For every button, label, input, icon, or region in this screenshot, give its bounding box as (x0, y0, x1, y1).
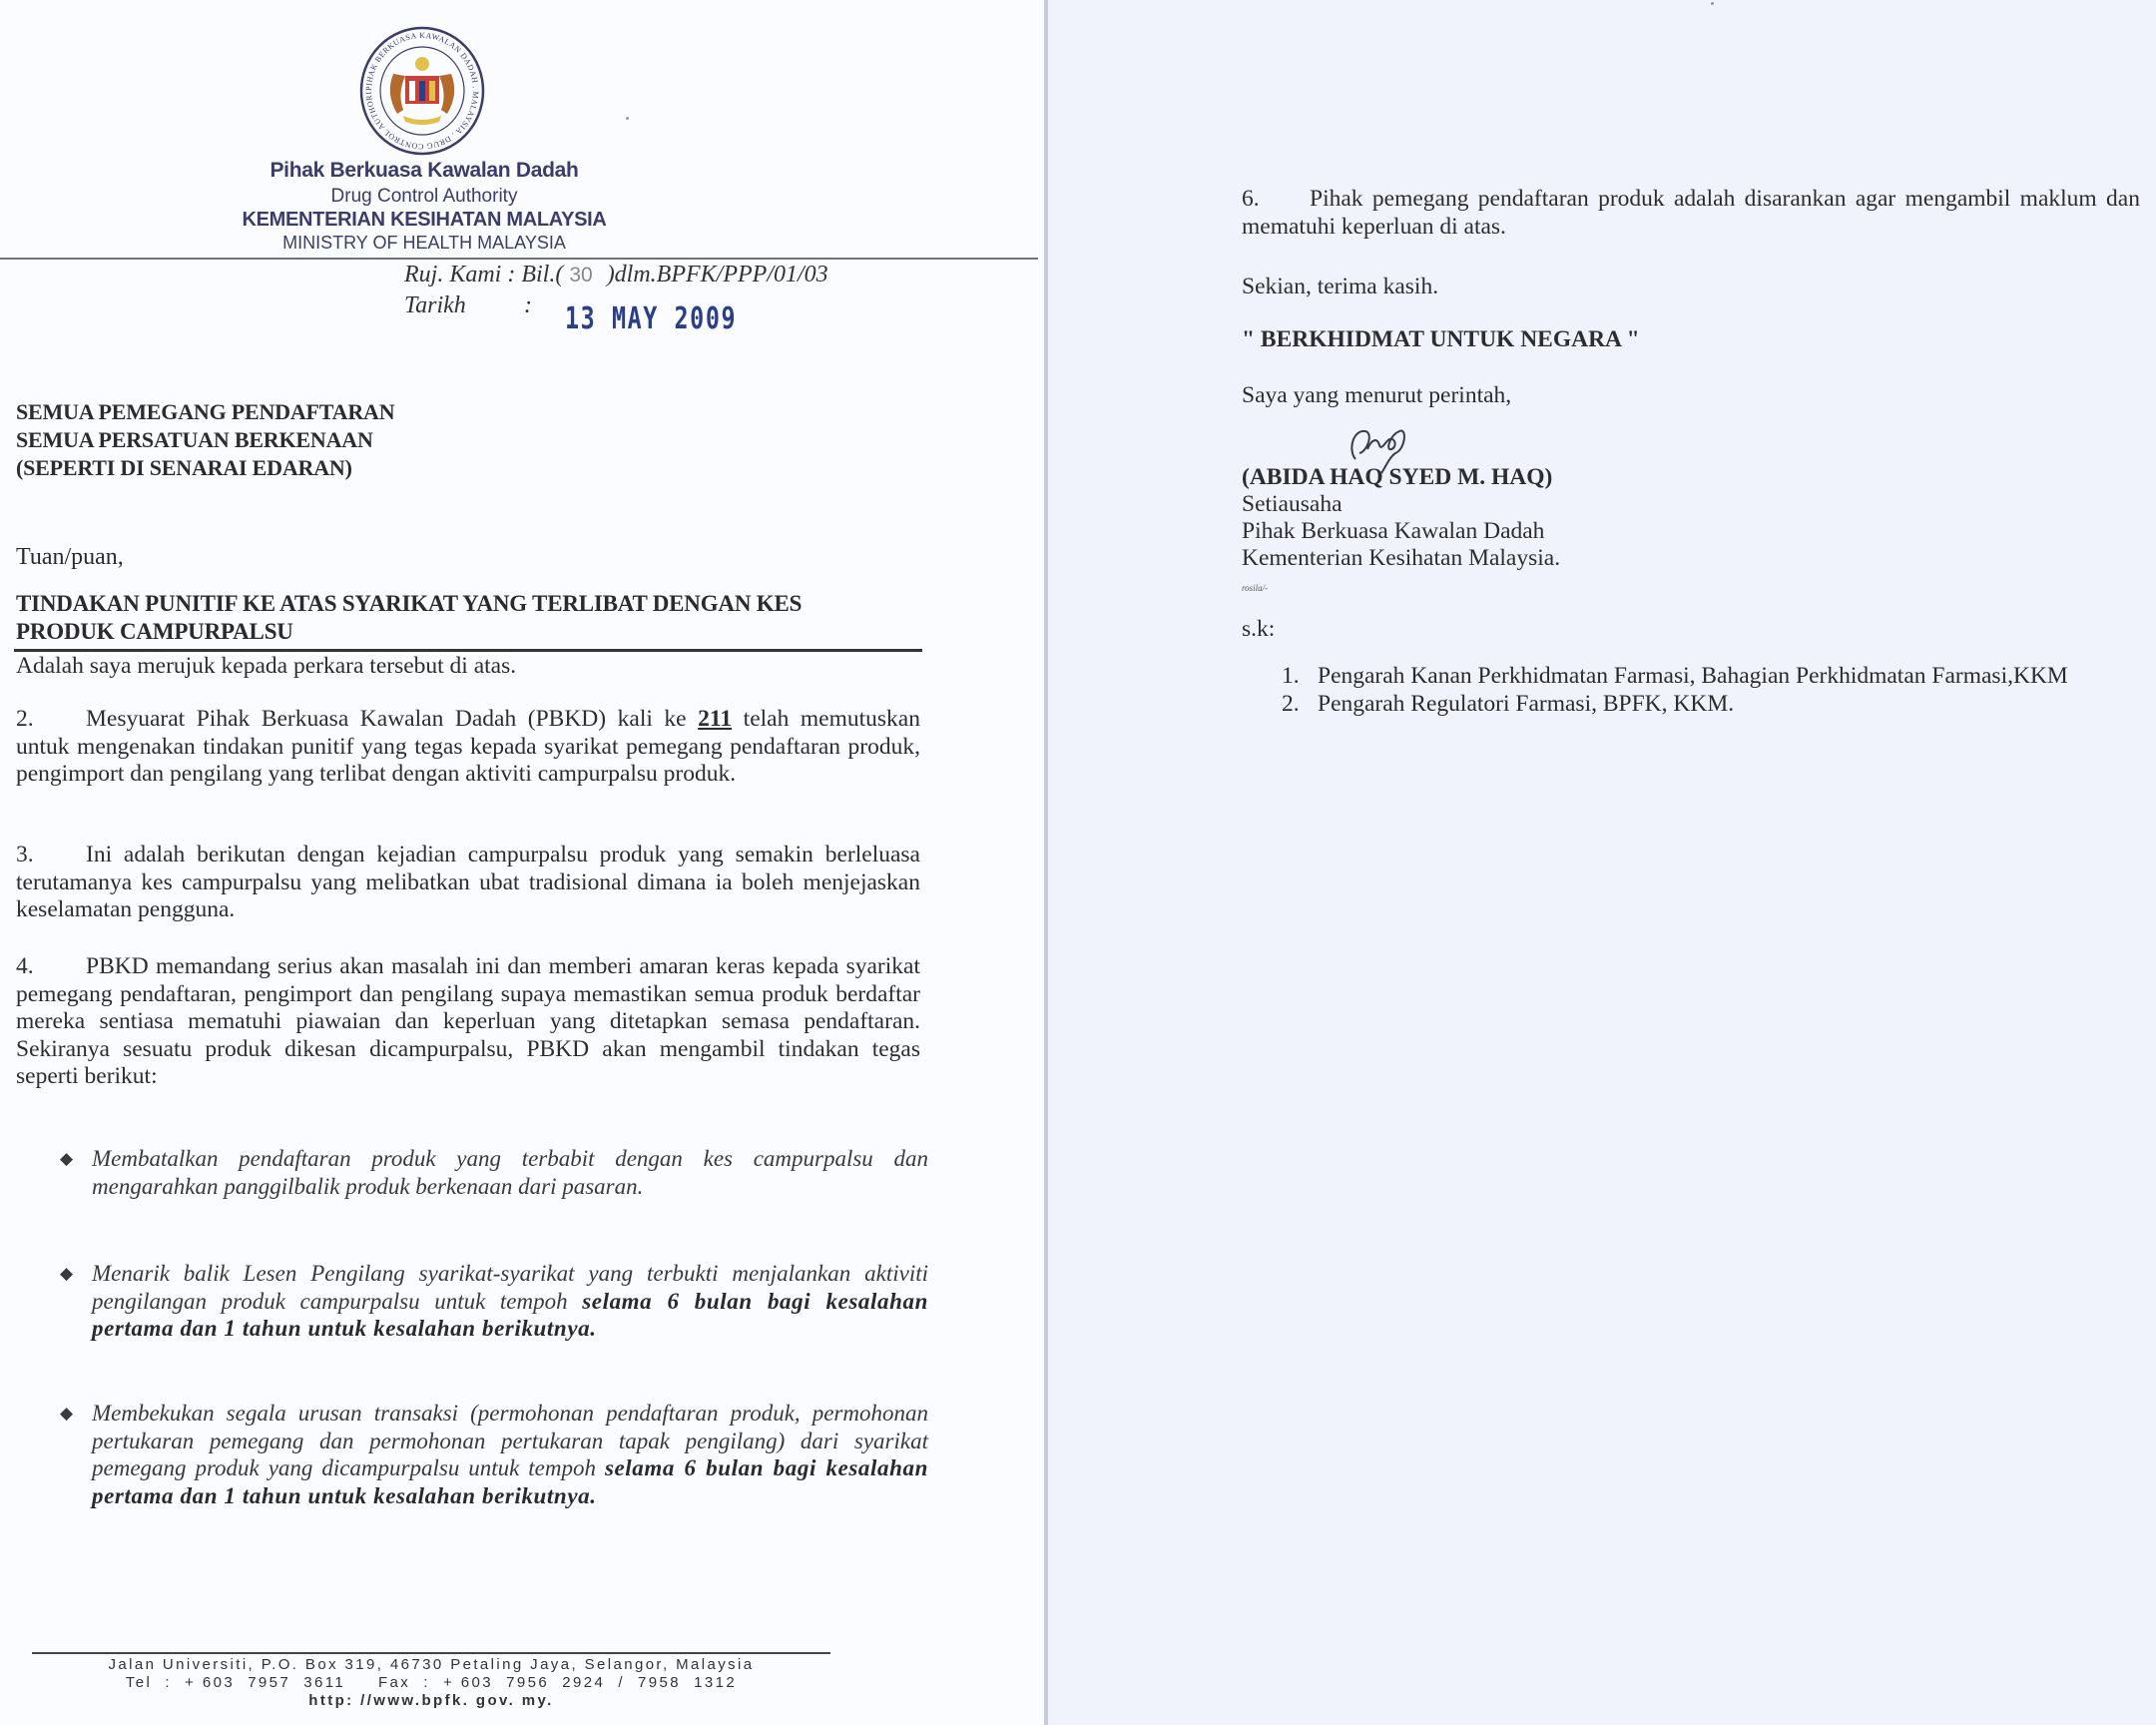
letter-page-1: PIHAK BERKUASA KAWALAN DADAH . MALAYSIA … (0, 0, 1044, 1725)
typist-initials: rosila/- (1242, 575, 1268, 603)
paragraph-text: Mesyuarat Pihak Berkuasa Kawalan Dadah (… (86, 706, 698, 732)
motto-text: " BERKHIDMAT UNTUK NEGARA " (1242, 326, 1640, 352)
footer-divider (32, 1652, 830, 1654)
action-bullet-1: ◆Membatalkan pendaftaran produk yang ter… (60, 1145, 928, 1200)
cc-label: s.k: (1242, 616, 1275, 644)
ref-handwritten-number: 30 (563, 264, 606, 287)
closing-line: Sekian, terima kasih. (1242, 274, 1438, 301)
scan-speck (626, 117, 629, 120)
action-bullet-3: ◆Membekukan segala urusan transaksi (per… (60, 1400, 928, 1509)
footer-website[interactable]: http: //www.bpfk. gov. my. (32, 1692, 830, 1709)
paragraph-number: 2. (16, 706, 86, 734)
cc-item: 1.Pengarah Kanan Perkhidmatan Farmasi, B… (1282, 663, 2140, 691)
subject-line-2: PRODUK CAMPURPALSU (16, 619, 293, 645)
signatory-title: Setiausaha (1242, 491, 1343, 519)
paragraph-4: 4.PBKD memandang serius akan masalah ini… (16, 953, 920, 1091)
handwritten-signature-icon (1346, 419, 1415, 474)
motto: " BERKHIDMAT UNTUK NEGARA " (1242, 326, 1640, 354)
subject-line-1: TINDAKAN PUNITIF KE ATAS SYARIKAT YANG T… (16, 591, 802, 617)
footer-contact: Tel : + 603 7957 3611 Fax : + 603 7956 2… (32, 1674, 830, 1691)
ministry-name-malay: KEMENTERIAN KESIHATAN MALAYSIA (180, 209, 669, 232)
action-bullet-2: ◆Menarik balik Lesen Pengilang syarikat-… (60, 1260, 928, 1343)
ministry-name-english: MINISTRY OF HEALTH MALAYSIA (180, 233, 669, 254)
date-label: Tarikh (404, 292, 466, 319)
addressee-line: SEMUA PEMEGANG PENDAFTARAN (16, 399, 394, 425)
cc-item-number: 1. (1282, 663, 1300, 691)
subject-underline (14, 649, 922, 652)
cc-item-number: 2. (1282, 691, 1300, 719)
org-name-malay: Pihak Berkuasa Kawalan Dadah (180, 159, 669, 183)
date-colon: : (524, 292, 532, 319)
org-name-english: Drug Control Authority (180, 186, 669, 208)
paragraph-text: Pihak pemegang pendaftaran produk adalah… (1242, 186, 2140, 240)
signatory-ministry: Kementerian Kesihatan Malaysia. (1242, 545, 1560, 573)
intro-paragraph: Adalah saya merujuk kepada perkara terse… (16, 653, 920, 681)
ref-suffix: )dlm.BPFK/PPP/01/03 (607, 262, 828, 287)
paragraph-2: 2.Mesyuarat Pihak Berkuasa Kawalan Dadah… (16, 706, 920, 789)
paragraph-number: 4. (16, 953, 86, 981)
diamond-bullet-icon: ◆ (60, 1145, 73, 1173)
paragraph-3: 3.Ini adalah berikutan dengan kejadian c… (16, 842, 920, 924)
cc-list: 1.Pengarah Kanan Perkhidmatan Farmasi, B… (1242, 663, 2140, 718)
footer-address: Jalan Universiti, P.O. Box 319, 46730 Pe… (32, 1656, 830, 1673)
ref-prefix: Ruj. Kami : Bil.( (404, 262, 563, 287)
salutation: Tuan/puan, (16, 544, 124, 571)
sign-off: Saya yang menurut perintah, (1242, 382, 1511, 410)
paragraph-text: PBKD memandang serius akan masalah ini d… (16, 953, 920, 1089)
cc-item-text: Pengarah Regulatori Farmasi, BPFK, KKM. (1318, 691, 1734, 717)
addressee-line: (SEPERTI DI SENARAI EDARAN) (16, 455, 352, 481)
paragraph-text: Ini adalah berikutan dengan kejadian cam… (16, 842, 920, 922)
cc-item-text: Pengarah Kanan Perkhidmatan Farmasi, Bah… (1318, 663, 2068, 689)
addressee-line: SEMUA PERSATUAN BERKENAAN (16, 427, 373, 453)
drug-control-authority-seal-icon: PIHAK BERKUASA KAWALAN DADAH . MALAYSIA … (357, 26, 487, 156)
meeting-number: 211 (698, 706, 732, 732)
reference-number: Ruj. Kami : Bil.(30)dlm.BPFK/PPP/01/03 (404, 262, 828, 288)
letter-page-2: 6.Pihak pemegang pendaftaran produk adal… (1048, 0, 2156, 1725)
paragraph-6: 6.Pihak pemegang pendaftaran produk adal… (1242, 186, 2140, 241)
cc-item: 2.Pengarah Regulatori Farmasi, BPFK, KKM… (1282, 691, 2140, 719)
bullet-text: Membatalkan pendaftaran produk yang terb… (92, 1146, 928, 1199)
paragraph-number: 6. (1242, 186, 1310, 214)
paragraph-number: 3. (16, 842, 86, 869)
scan-speck (1711, 2, 1714, 5)
signatory-org: Pihak Berkuasa Kawalan Dadah (1242, 518, 1544, 546)
date-stamp: 13 MAY 2009 (565, 301, 737, 336)
header-divider (0, 258, 1038, 260)
diamond-bullet-icon: ◆ (60, 1400, 73, 1428)
diamond-bullet-icon: ◆ (60, 1260, 73, 1288)
